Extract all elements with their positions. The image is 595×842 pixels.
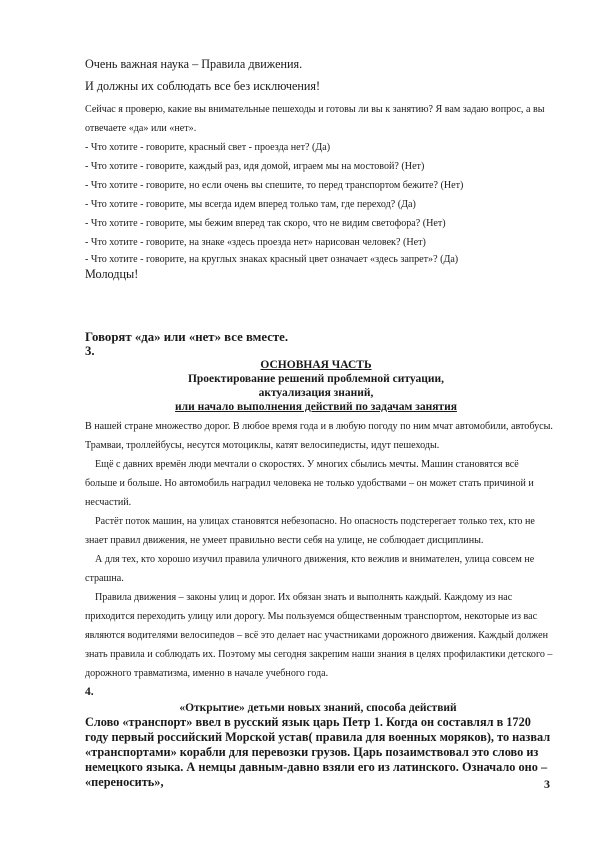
quiz-question: - Что хотите - говорите, красный свет - … (85, 138, 547, 157)
quiz-question: - Что хотите - говорите, но если очень в… (85, 176, 547, 195)
section-title: ОСНОВНАЯ ЧАСТЬ (85, 358, 547, 372)
section-4: 4. «Открытие» детьми новых знаний, спосо… (85, 685, 551, 790)
section-subtitle: Проектирование решений проблемной ситуац… (85, 372, 547, 386)
quiz-question: - Что хотите - говорите, на круглых знак… (85, 252, 547, 267)
section-number: 3. (85, 344, 547, 358)
quiz-block: Сейчас я проверю, какие вы внимательные … (85, 100, 547, 281)
section-3-body: В нашей стране множество дорог. В любое … (85, 417, 553, 683)
section-number: 4. (85, 685, 551, 699)
quiz-question: - Что хотите - говорите, мы бежим вперед… (85, 214, 547, 233)
paragraph: Растёт поток машин, на улицах становятся… (85, 512, 553, 550)
intro-block-2: И должны их соблюдать все без исключения… (85, 79, 547, 93)
quiz-question: - Что хотите - говорите, на знаке «здесь… (85, 233, 547, 252)
section-subtitle: или начало выполнения действий по задача… (85, 400, 547, 414)
paragraph: Слово «транспорт» ввел в русский язык ца… (85, 715, 551, 790)
paragraph: Ещё с давних времён люди мечтали о скоро… (85, 455, 553, 512)
paragraph: В нашей стране множество дорог. В любое … (85, 417, 553, 455)
quiz-praise: Молодцы! (85, 267, 547, 281)
page-number: 3 (544, 777, 550, 792)
intro-line-2: И должны их соблюдать все без исключения… (85, 79, 547, 93)
intro-line-1: Очень важная наука – Правила движения. (85, 57, 547, 71)
document-page: Очень важная наука – Правила движения. И… (0, 0, 595, 842)
paragraph: А для тех, кто хорошо изучил правила ули… (85, 550, 553, 588)
section-title: «Открытие» детьми новых знаний, способа … (85, 701, 551, 715)
quiz-intro: Сейчас я проверю, какие вы внимательные … (85, 100, 547, 138)
section-3: Говорят «да» или «нет» все вместе. 3. ОС… (85, 330, 547, 414)
quiz-question: - Что хотите - говорите, мы всегда идем … (85, 195, 547, 214)
section-subtitle: актуализация знаний, (85, 386, 547, 400)
paragraph: Правила движения – законы улиц и дорог. … (85, 588, 553, 683)
quiz-question: - Что хотите - говорите, каждый раз, идя… (85, 157, 547, 176)
chorus-instruction: Говорят «да» или «нет» все вместе. (85, 330, 547, 344)
intro-block: Очень важная наука – Правила движения. (85, 57, 547, 71)
